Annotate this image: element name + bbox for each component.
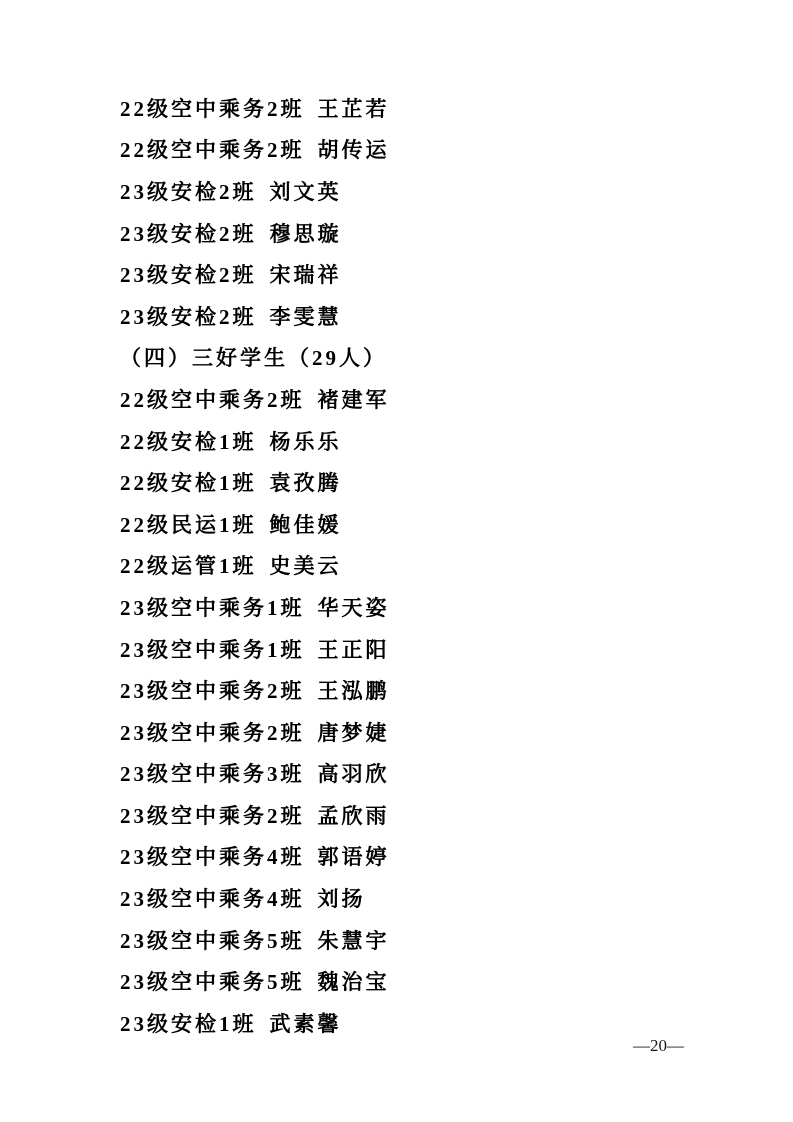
document-page: 22级空中乘务2班王芷若22级空中乘务2班胡传运23级安检2班刘文英23级安检2…	[0, 0, 793, 1122]
class-label: 23级安检2班	[120, 301, 257, 331]
class-label: 23级安检1班	[120, 1008, 257, 1038]
student-list-item: 23级空中乘务1班华天姿	[120, 586, 680, 628]
student-name: 穆思璇	[270, 218, 342, 248]
student-name: 魏治宝	[318, 966, 390, 996]
student-name: 李雯慧	[270, 301, 342, 331]
student-name: 史美云	[270, 550, 342, 580]
student-list-item: 22级空中乘务2班褚建军	[120, 378, 680, 420]
student-list-item: 23级空中乘务4班郭语婷	[120, 836, 680, 878]
class-label: 23级空中乘务2班	[120, 800, 305, 830]
student-name: 孟欣雨	[318, 800, 390, 830]
student-name: 王正阳	[318, 634, 390, 664]
student-list-item: 22级空中乘务2班王芷若	[120, 87, 680, 129]
page-footer: —20—	[633, 1036, 684, 1056]
student-list-item: 23级安检2班宋瑞祥	[120, 253, 680, 295]
class-label: 23级空中乘务2班	[120, 675, 305, 705]
class-label: 22级安检1班	[120, 467, 257, 497]
class-label: 23级安检2班	[120, 218, 257, 248]
student-name: 高羽欣	[318, 758, 390, 788]
class-label: 23级空中乘务2班	[120, 717, 305, 747]
class-label: 22级空中乘务2班	[120, 134, 305, 164]
student-list-item: 23级安检1班武素馨	[120, 1002, 680, 1044]
class-label: 23级空中乘务4班	[120, 841, 305, 871]
student-name: 胡传运	[318, 134, 390, 164]
student-list-item: 23级安检2班穆思璇	[120, 212, 680, 254]
page-number: —20—	[633, 1036, 684, 1055]
student-list-item: 23级空中乘务3班高羽欣	[120, 753, 680, 795]
student-list-item: 23级空中乘务2班唐梦婕	[120, 711, 680, 753]
student-name: 王芷若	[318, 93, 390, 123]
student-list-item: 23级安检2班李雯慧	[120, 295, 680, 337]
student-list-item: 23级空中乘务5班魏治宝	[120, 960, 680, 1002]
student-list-item: 22级安检1班杨乐乐	[120, 420, 680, 462]
student-list-item: 23级安检2班刘文英	[120, 170, 680, 212]
class-label: 23级空中乘务5班	[120, 925, 305, 955]
class-label: 23级空中乘务4班	[120, 883, 305, 913]
class-label: 22级空中乘务2班	[120, 384, 305, 414]
student-name: 杨乐乐	[270, 426, 342, 456]
class-label: 23级空中乘务5班	[120, 966, 305, 996]
student-name: 褚建军	[318, 384, 390, 414]
class-label: 23级空中乘务3班	[120, 758, 305, 788]
student-list-item: 23级空中乘务1班王正阳	[120, 628, 680, 670]
student-name: 王泓鹏	[318, 675, 390, 705]
student-name: 袁孜腾	[270, 467, 342, 497]
section-heading-text: （四）三好学生（29人）	[120, 342, 387, 372]
student-list-item: 23级空中乘务4班刘扬	[120, 877, 680, 919]
class-label: 22级安检1班	[120, 426, 257, 456]
section-heading: （四）三好学生（29人）	[120, 337, 680, 379]
student-name: 刘文英	[270, 176, 342, 206]
student-name: 刘扬	[318, 883, 366, 913]
student-list-item: 22级民运1班鲍佳媛	[120, 503, 680, 545]
award-student-list: 22级空中乘务2班王芷若22级空中乘务2班胡传运23级安检2班刘文英23级安检2…	[120, 87, 680, 1044]
student-name: 华天姿	[318, 592, 390, 622]
class-label: 23级安检2班	[120, 259, 257, 289]
student-list-item: 22级安检1班袁孜腾	[120, 461, 680, 503]
student-name: 武素馨	[270, 1008, 342, 1038]
class-label: 22级空中乘务2班	[120, 93, 305, 123]
student-name: 唐梦婕	[318, 717, 390, 747]
class-label: 23级空中乘务1班	[120, 634, 305, 664]
student-list-item: 22级空中乘务2班胡传运	[120, 129, 680, 171]
class-label: 23级空中乘务1班	[120, 592, 305, 622]
class-label: 23级安检2班	[120, 176, 257, 206]
student-name: 宋瑞祥	[270, 259, 342, 289]
student-list-item: 23级空中乘务2班王泓鹏	[120, 669, 680, 711]
student-name: 朱慧宇	[318, 925, 390, 955]
student-list-item: 23级空中乘务2班孟欣雨	[120, 794, 680, 836]
class-label: 22级民运1班	[120, 509, 257, 539]
student-name: 鲍佳媛	[270, 509, 342, 539]
student-list-item: 23级空中乘务5班朱慧宇	[120, 919, 680, 961]
student-name: 郭语婷	[318, 841, 390, 871]
student-list-item: 22级运管1班史美云	[120, 545, 680, 587]
class-label: 22级运管1班	[120, 550, 257, 580]
